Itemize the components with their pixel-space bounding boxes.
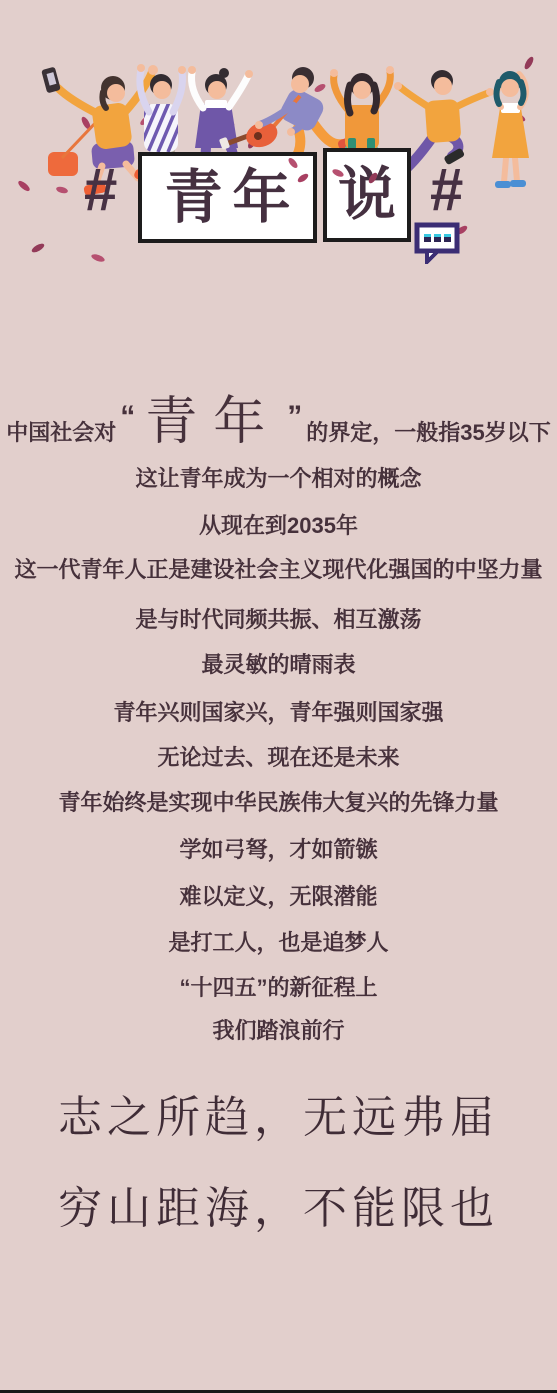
title-box-main: 青年 bbox=[138, 152, 317, 243]
title-box-main-text: 青年 bbox=[164, 169, 300, 227]
title-box-sub-text: 说 bbox=[338, 166, 396, 224]
body-line-5: 是与时代同频共振、相互激荡 bbox=[0, 609, 557, 631]
line1-quote-close: ” bbox=[283, 402, 306, 446]
body-line-8: 无论过去、现在还是未来 bbox=[0, 747, 557, 769]
line1-quote-open: “ bbox=[116, 402, 139, 446]
body-line-10: 学如弓弩，才如箭镞 bbox=[0, 839, 557, 861]
poster: # 青年 说 # 中国社会对 “ 青年 ” 的界定，一般指35岁以下 这让青年成… bbox=[0, 0, 557, 1393]
body-line-2: 这让青年成为一个相对的概念 bbox=[0, 468, 557, 490]
line1-highlight: 青年 bbox=[145, 396, 281, 448]
body-line-14: 我们踏浪前行 bbox=[0, 1020, 557, 1042]
body-line-9: 青年始终是实现中华民族伟大复兴的先锋力量 bbox=[0, 792, 557, 814]
body-line-1: 中国社会对 “ 青年 ” 的界定，一般指35岁以下 bbox=[0, 382, 557, 446]
body-line-12: 是打工人，也是追梦人 bbox=[0, 932, 557, 954]
orange-dress-girl-figure bbox=[492, 71, 529, 188]
hash-right: # bbox=[430, 160, 463, 220]
calligraphy-line-1: 志之所趋，无远弗届 bbox=[0, 1096, 557, 1140]
body-line-6: 最灵敏的晴雨表 bbox=[0, 654, 557, 676]
hash-left: # bbox=[84, 160, 117, 220]
line1-suffix: 的界定，一般指35岁以下 bbox=[306, 422, 550, 446]
calligraphy-line-2: 穷山距海，不能限也 bbox=[0, 1187, 557, 1231]
body-line-13: “十四五”的新征程上 bbox=[0, 977, 557, 999]
body-line-3: 从现在到2035年 bbox=[0, 515, 557, 537]
pixel-speech-bubble-icon bbox=[414, 222, 460, 264]
title-box-sub: 说 bbox=[323, 148, 411, 242]
body-line-11: 难以定义，无限潜能 bbox=[0, 886, 557, 908]
body-line-4: 这一代青年人正是建设社会主义现代化强国的中坚力量 bbox=[0, 559, 557, 581]
body-line-7: 青年兴则国家兴，青年强则国家强 bbox=[0, 702, 557, 724]
line1-prefix: 中国社会对 bbox=[6, 422, 116, 446]
